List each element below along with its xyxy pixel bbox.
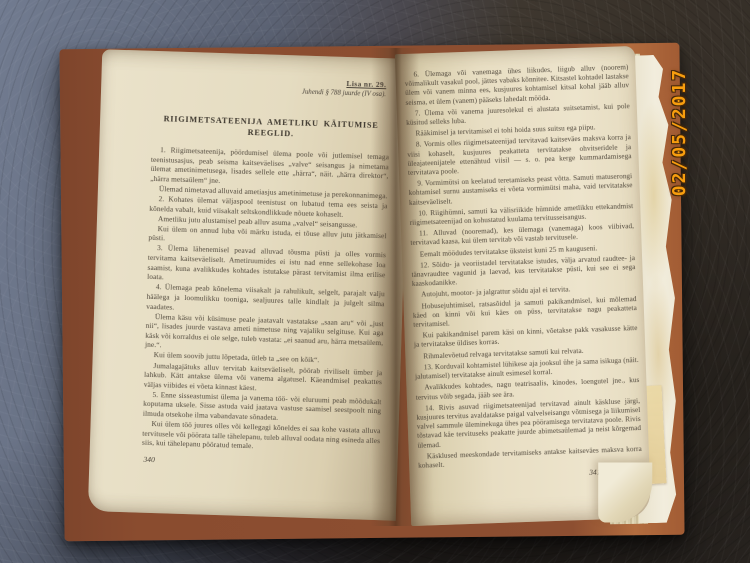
right-page-text: 6. Ülemaga või vanemaga ühes liikudes, l… <box>404 61 642 483</box>
paragraph: Kui ülem töö juures olles või kellegagi … <box>142 419 381 455</box>
paragraph: 6. Ülemaga või vanemaga ühes liikudes, l… <box>404 63 629 108</box>
paragraph: 1. Riigimetsateenija, pöördumisel ülema … <box>150 145 389 191</box>
paragraph: 8. Vormis olles riigimetsateenijad tervi… <box>407 134 632 179</box>
book: Lisa nr. 29. Juhendi § 788 juurde (IV os… <box>0 0 750 563</box>
page-number-left: 340 <box>141 455 379 471</box>
paragraph: 14. Rivis asuvad riigimetsateenijad terv… <box>416 397 641 451</box>
date-stamp: 02/05/2017 <box>669 62 693 202</box>
paragraph: 3. Ülema lähenemisel peavad alluvad tõus… <box>147 243 386 289</box>
page-title: RIIGIMETSATEENIJA AMETLIKU KÄITUMISE REE… <box>158 113 385 142</box>
paragraph: Ülema käsu või küsimuse peale jaatavalt … <box>145 311 384 357</box>
left-page: Lisa nr. 29. Juhendi § 788 juurde (IV os… <box>88 49 410 520</box>
left-page-text: Lisa nr. 29. Juhendi § 788 juurde (IV os… <box>141 73 391 471</box>
right-page: 6. Ülemaga või vanemaga ühes liikudes, l… <box>395 46 651 526</box>
annotation-block: Lisa nr. 29. Juhendi § 788 juurde (IV os… <box>153 73 391 98</box>
photo-scene: Lisa nr. 29. Juhendi § 788 juurde (IV os… <box>0 0 750 563</box>
